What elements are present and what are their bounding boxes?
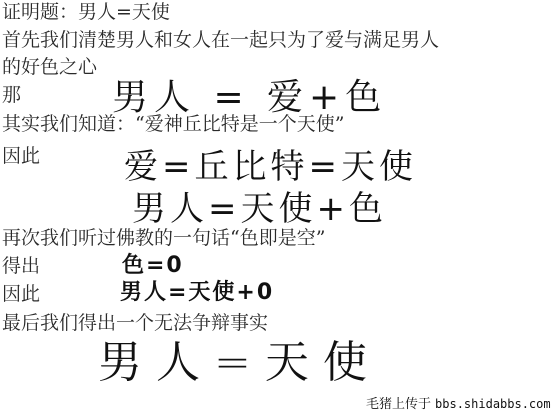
proof-title: 证明题：男人=天使 <box>2 1 170 23</box>
final-statement-line: 最后我们得出一个无法争辩事实 <box>2 312 268 334</box>
handwritten-equation-man-equals-angel-plus-zero: 男人=天使+0 <box>120 281 274 305</box>
handwritten-equation-man-equals-love-plus-lust: 男人 = 爱+色 <box>112 78 387 118</box>
connector-therefore-1: 因此 <box>2 145 40 167</box>
premise-line-2: 的好色之心 <box>2 56 97 78</box>
premise-line-1: 首先我们清楚男人和女人在一起只为了爱与满足男人 <box>2 29 439 51</box>
watermark-uploader: 毛猪上传于 <box>366 397 431 412</box>
buddhist-saying-line: 再次我们听过佛教的一句话“色即是空” <box>2 227 325 249</box>
handwritten-equation-love-equals-cupid-equals-angel: 爱=丘比特=天使 <box>124 148 417 186</box>
handwritten-equation-man-equals-angel-plus-lust: 男人=天使+色 <box>132 190 387 228</box>
connector-therefore-2: 因此 <box>2 283 40 305</box>
watermark-site: bbs.shidabbs.com <box>435 397 551 411</box>
handwritten-equation-lust-equals-zero: 色=0 <box>122 254 184 278</box>
connector-derive: 得出 <box>2 255 40 277</box>
connector-then: 那 <box>2 84 21 106</box>
watermark: 毛猪上传于bbs.shidabbs.com <box>366 396 551 413</box>
handwritten-conclusion-man-equals-angel: 男人=天使 <box>98 338 381 388</box>
